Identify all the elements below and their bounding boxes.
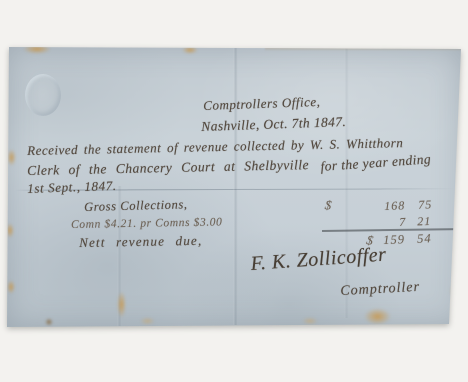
foxing-stain [7, 280, 15, 294]
vertical-fold-crease-center [233, 48, 238, 325]
foxing-stain [302, 317, 318, 325]
vertical-fold-crease-right [344, 48, 349, 318]
gross-collections-amount: 168 75 [384, 197, 432, 214]
embossed-seal [25, 74, 61, 116]
foxing-stain [6, 223, 14, 238]
foxing-stain [7, 149, 16, 166]
signature-title: Comptroller [340, 280, 420, 300]
foxing-stain [23, 44, 51, 54]
foxing-stain [117, 291, 126, 318]
body-line-2b: for the year ending [320, 151, 432, 175]
heading-office-line: Comptrollers Office, [203, 94, 321, 114]
top-edge-browning [265, 46, 461, 51]
gross-collections-currency: $ [324, 197, 333, 214]
gross-collections-label: Gross Collections, [84, 197, 188, 215]
body-line-3: 1st Sept., 1847. [27, 178, 117, 197]
nett-revenue-amount: 159 54 [383, 231, 432, 248]
foxing-stain [182, 46, 198, 54]
foxing-stain [364, 308, 391, 325]
foxing-stain [450, 283, 461, 299]
paper-shadow-wrap: Comptrollers Office, Nashville, Oct. 7th… [7, 46, 462, 327]
foxing-stain [140, 317, 155, 325]
heading-dateline: Nashville, Oct. 7th 1847. [201, 114, 346, 135]
nett-revenue-label: Nett revenue due, [79, 233, 203, 251]
photograph-of-document: Comptrollers Office, Nashville, Oct. 7th… [0, 0, 468, 382]
sum-rule-line [322, 228, 460, 231]
body-line-2: Clerk of the Chancery Court at Shelbyvil… [27, 157, 309, 179]
foxing-spot [45, 318, 53, 326]
comptroller-signature: F. K. Zollicoffer [250, 244, 387, 276]
letter-paper: Comptrollers Office, Nashville, Oct. 7th… [7, 46, 462, 327]
commissions-label: Comn $4.21. pr Comns $3.00 [71, 216, 223, 231]
